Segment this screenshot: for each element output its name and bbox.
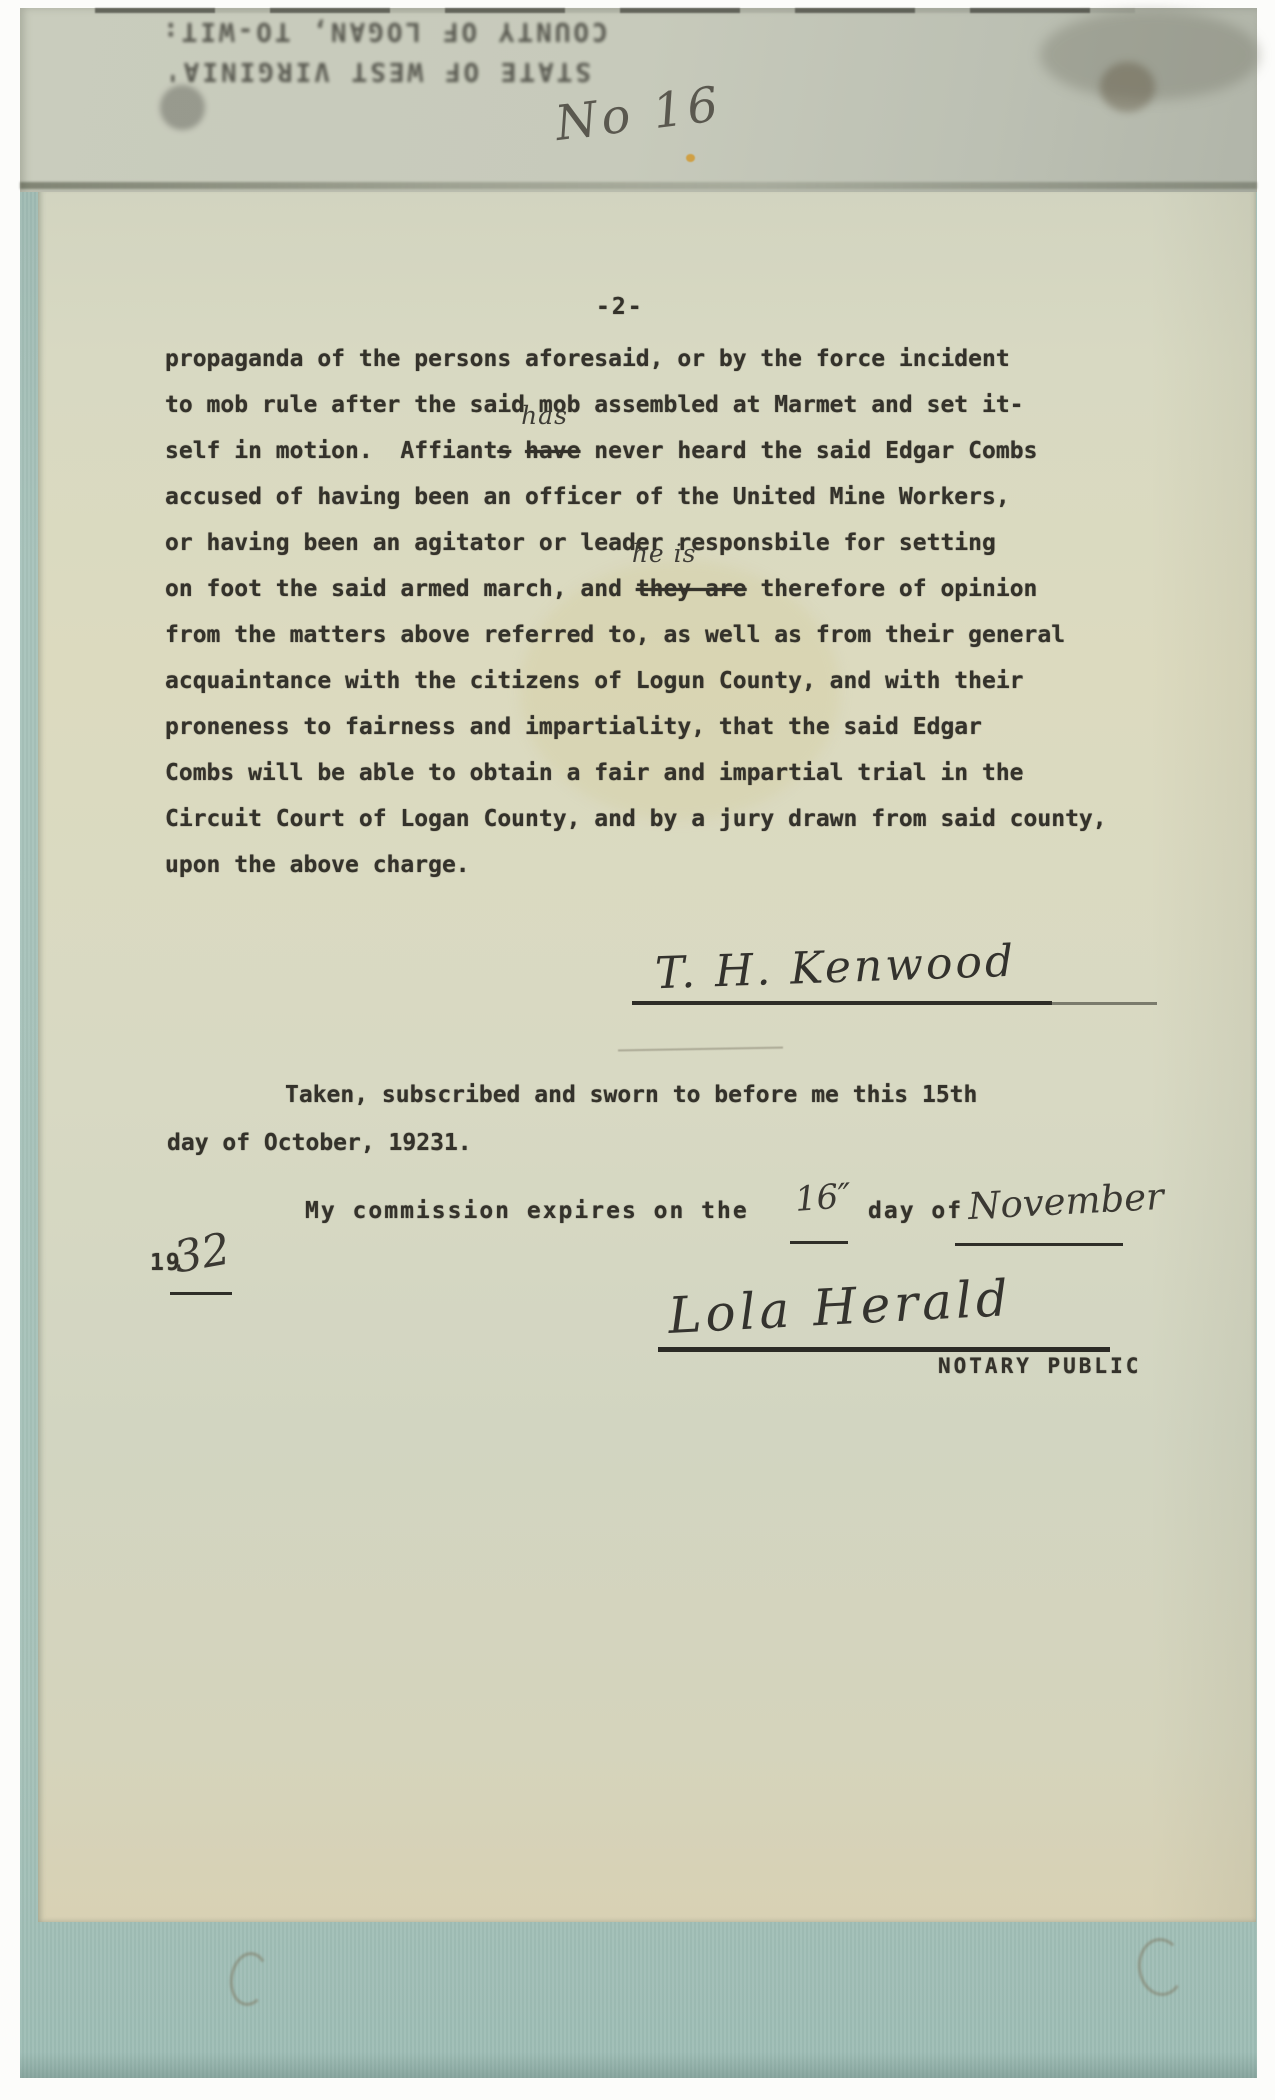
body-line: upon the above charge.: [165, 842, 1185, 888]
notary-signature-line: [658, 1347, 1110, 1352]
body-line: to mob rule after the said mob assembled…: [165, 382, 1185, 428]
body-line: Circuit Court of Logan County, and by a …: [165, 796, 1185, 842]
body-line: acquaintance with the citizens of Logun …: [165, 658, 1185, 704]
typed-text: Circuit Court of Logan County, and by a …: [165, 806, 1107, 832]
commission-text: My commission expires on the: [305, 1198, 749, 1224]
typed-text: to mob rule after the said mob assembled…: [165, 392, 1024, 418]
struck-text: they are: [636, 576, 747, 602]
typed-text: propaganda of the persons aforesaid, or …: [165, 346, 1010, 372]
typed-text: from the matters above referred to, as w…: [165, 622, 1065, 648]
month-underline: [955, 1243, 1123, 1246]
year-handwritten: 32: [170, 1224, 234, 1284]
correction-group: havehas: [525, 428, 580, 474]
sworn-statement-line2: day of October, 19231.: [167, 1130, 472, 1156]
sworn-statement-line1: Taken, subscribed and sworn to before me…: [285, 1082, 977, 1108]
typed-text: on foot the said armed march, and: [165, 576, 636, 602]
signature-line: [632, 1001, 1052, 1005]
struck-text: have: [525, 438, 580, 464]
handwritten-insertion: he is: [632, 539, 697, 568]
body-line: Combs will be able to obtain a fair and …: [165, 750, 1185, 796]
commission-day-handwritten: 16″: [794, 1176, 853, 1220]
typed-text: or having been an agitator or leader res…: [165, 530, 996, 556]
body-line: proneness to fairness and impartiality, …: [165, 704, 1185, 750]
body-line: from the matters above referred to, as w…: [165, 612, 1185, 658]
stamp-smudge: [160, 85, 205, 130]
scan-edge-streak: [95, 8, 1135, 13]
backing-shadow: [20, 2052, 1257, 2078]
orange-speck: [686, 154, 695, 162]
body-text: propaganda of the persons aforesaid, or …: [165, 336, 1185, 888]
typed-text: self in motion. Affiant: [165, 438, 497, 464]
typed-text: accused of having been an officer of the…: [165, 484, 1010, 510]
typed-text: [511, 438, 525, 464]
struck-text: s: [497, 438, 511, 464]
body-line: propaganda of the persons aforesaid, or …: [165, 336, 1185, 382]
notary-title: NOTARY PUBLIC: [938, 1354, 1141, 1378]
bleedthrough-text-line2: STATE OF WEST VIRGINIA': [162, 56, 591, 86]
bleedthrough-text-line1: COUNTY OF LOGAN, TO-WIT:: [160, 16, 608, 46]
body-line: on foot the said armed march, and they a…: [165, 566, 1185, 612]
typed-text: never heard the said Edgar Combs: [580, 438, 1037, 464]
body-line: accused of having been an officer of the…: [165, 474, 1185, 520]
typed-text: upon the above charge.: [165, 852, 470, 878]
day-underline: [790, 1241, 848, 1244]
scanned-document: COUNTY OF LOGAN, TO-WIT: STATE OF WEST V…: [0, 0, 1275, 2100]
brown-smudge: [1100, 62, 1155, 112]
handwritten-insertion: has: [521, 401, 568, 430]
body-line: self in motion. Affiants havehas never h…: [165, 428, 1185, 474]
signature-line-extension: [1052, 1002, 1157, 1005]
correction-group: they arehe is: [636, 566, 747, 612]
typed-text: Combs will be able to obtain a fair and …: [165, 760, 1024, 786]
typed-text: therefore of opinion: [747, 576, 1038, 602]
year-underline: [170, 1292, 232, 1295]
fold-crease: [20, 182, 1257, 189]
typed-text: acquaintance with the citizens of Logun …: [165, 668, 1024, 694]
typed-text: proneness to fairness and impartiality, …: [165, 714, 982, 740]
page-number: -2-: [596, 294, 644, 320]
commission-text-day-of: day of: [868, 1198, 963, 1224]
